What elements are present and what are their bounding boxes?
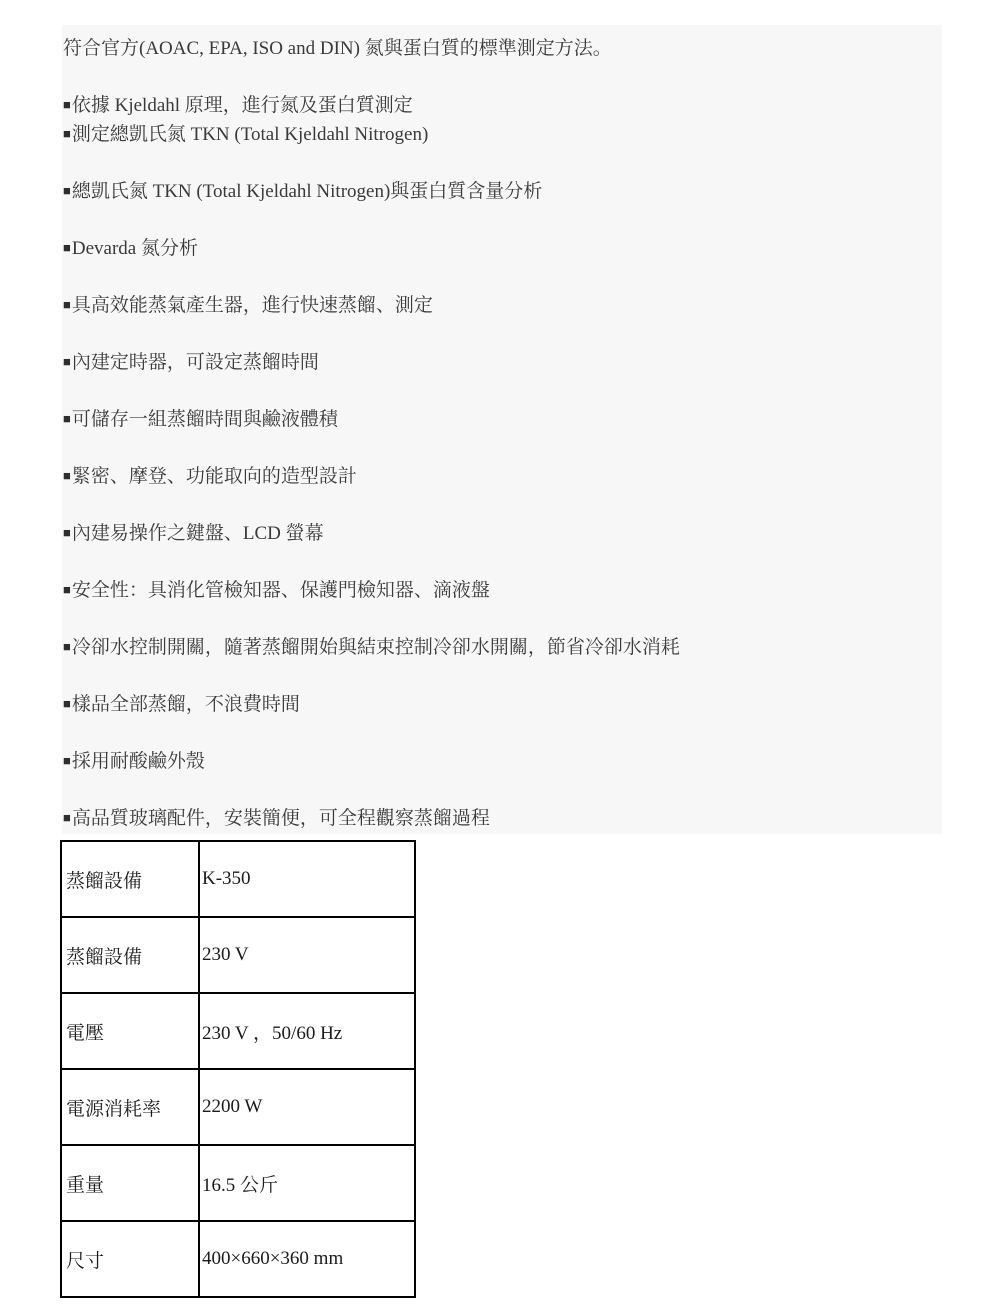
feature-text: 安全性：具消化管檢知器、保護門檢知器、滴液盤	[72, 580, 490, 601]
feature-text: 內建定時器，可設定蒸餾時間	[72, 352, 319, 373]
table-row: 蒸餾設備 230 V	[61, 917, 415, 993]
bullet-icon: ■	[63, 97, 71, 112]
table-row: 尺寸 400×660×360 mm	[61, 1221, 415, 1297]
feature-text: 測定總凱氏氮 TKN (Total Kjeldahl Nitrogen)	[72, 124, 428, 145]
intro-text: 符合官方(AOAC, EPA, ISO and DIN) 氮與蛋白質的標準測定方…	[63, 35, 942, 63]
feature-text: 可儲存一組蒸餾時間與鹼液體積	[72, 409, 338, 430]
spec-value: 400×660×360 mm	[199, 1221, 415, 1297]
feature-text: Devarda 氮分析	[72, 238, 198, 259]
bullet-icon: ■	[63, 582, 71, 597]
bullet-icon: ■	[63, 696, 71, 711]
feature-text: 緊密、摩登、功能取向的造型設計	[72, 466, 357, 487]
spec-value: 2200 W	[199, 1069, 415, 1145]
bullet-icon: ■	[63, 240, 71, 255]
table-row: 電源消耗率 2200 W	[61, 1069, 415, 1145]
feature-text: 具高效能蒸氣產生器，進行快速蒸餾、測定	[72, 295, 433, 316]
feature-item: ■安全性：具消化管檢知器、保護門檢知器、滴液盤	[63, 576, 942, 605]
bullet-icon: ■	[63, 354, 71, 369]
feature-item: ■測定總凱氏氮 TKN (Total Kjeldahl Nitrogen)	[63, 120, 942, 149]
feature-text: 內建易操作之鍵盤、LCD 螢幕	[72, 523, 324, 544]
feature-text: 高品質玻璃配件，安裝簡便，可全程觀察蒸餾過程	[72, 808, 490, 829]
feature-section: 符合官方(AOAC, EPA, ISO and DIN) 氮與蛋白質的標準測定方…	[62, 25, 942, 834]
feature-item: ■緊密、摩登、功能取向的造型設計	[63, 462, 942, 491]
feature-text: 總凱氏氮 TKN (Total Kjeldahl Nitrogen)與蛋白質含量…	[72, 181, 542, 202]
table-row: 蒸餾設備 K-350	[61, 841, 415, 917]
spec-value: 230 V ，50/60 Hz	[199, 993, 415, 1069]
spec-value: 16.5 公斤	[199, 1145, 415, 1221]
feature-text: 依據 Kjeldahl 原理，進行氮及蛋白質測定	[72, 95, 413, 116]
spec-label: 蒸餾設備	[61, 841, 199, 917]
spec-label: 蒸餾設備	[61, 917, 199, 993]
bullet-icon: ■	[63, 753, 71, 768]
feature-item: ■依據 Kjeldahl 原理，進行氮及蛋白質測定	[63, 91, 942, 120]
spec-label: 電壓	[61, 993, 199, 1069]
bullet-icon: ■	[63, 639, 71, 654]
bullet-icon: ■	[63, 525, 71, 540]
feature-item: ■內建易操作之鍵盤、LCD 螢幕	[63, 519, 942, 548]
feature-item: ■具高效能蒸氣產生器，進行快速蒸餾、測定	[63, 291, 942, 320]
bullet-icon: ■	[63, 297, 71, 312]
feature-item: ■可儲存一組蒸餾時間與鹼液體積	[63, 405, 942, 434]
feature-group: ■依據 Kjeldahl 原理，進行氮及蛋白質測定 ■測定總凱氏氮 TKN (T…	[63, 91, 942, 149]
spec-table: 蒸餾設備 K-350 蒸餾設備 230 V 電壓 230 V ，50/60 Hz…	[60, 840, 416, 1298]
feature-item: ■樣品全部蒸餾，不浪費時間	[63, 690, 942, 719]
feature-item: ■內建定時器，可設定蒸餾時間	[63, 348, 942, 377]
feature-item: ■Devarda 氮分析	[63, 234, 942, 263]
bullet-icon: ■	[63, 126, 71, 141]
feature-item: ■總凱氏氮 TKN (Total Kjeldahl Nitrogen)與蛋白質含…	[63, 177, 942, 206]
bullet-icon: ■	[63, 183, 71, 198]
feature-text: 冷卻水控制開關，隨著蒸餾開始與結束控制冷卻水開關，節省冷卻水消耗	[72, 637, 680, 658]
spec-label: 電源消耗率	[61, 1069, 199, 1145]
spec-label: 尺寸	[61, 1221, 199, 1297]
table-row: 重量 16.5 公斤	[61, 1145, 415, 1221]
feature-text: 樣品全部蒸餾，不浪費時間	[72, 694, 300, 715]
bullet-icon: ■	[63, 810, 71, 825]
table-row: 電壓 230 V ，50/60 Hz	[61, 993, 415, 1069]
feature-text: 採用耐酸鹼外殼	[72, 751, 205, 772]
feature-item: ■高品質玻璃配件，安裝簡便，可全程觀察蒸餾過程	[63, 804, 942, 833]
bullet-icon: ■	[63, 411, 71, 426]
bullet-icon: ■	[63, 468, 71, 483]
spec-value: 230 V	[199, 917, 415, 993]
feature-item: ■採用耐酸鹼外殼	[63, 747, 942, 776]
spec-label: 重量	[61, 1145, 199, 1221]
feature-item: ■冷卻水控制開關，隨著蒸餾開始與結束控制冷卻水開關，節省冷卻水消耗	[63, 633, 942, 662]
spec-value: K-350	[199, 841, 415, 917]
